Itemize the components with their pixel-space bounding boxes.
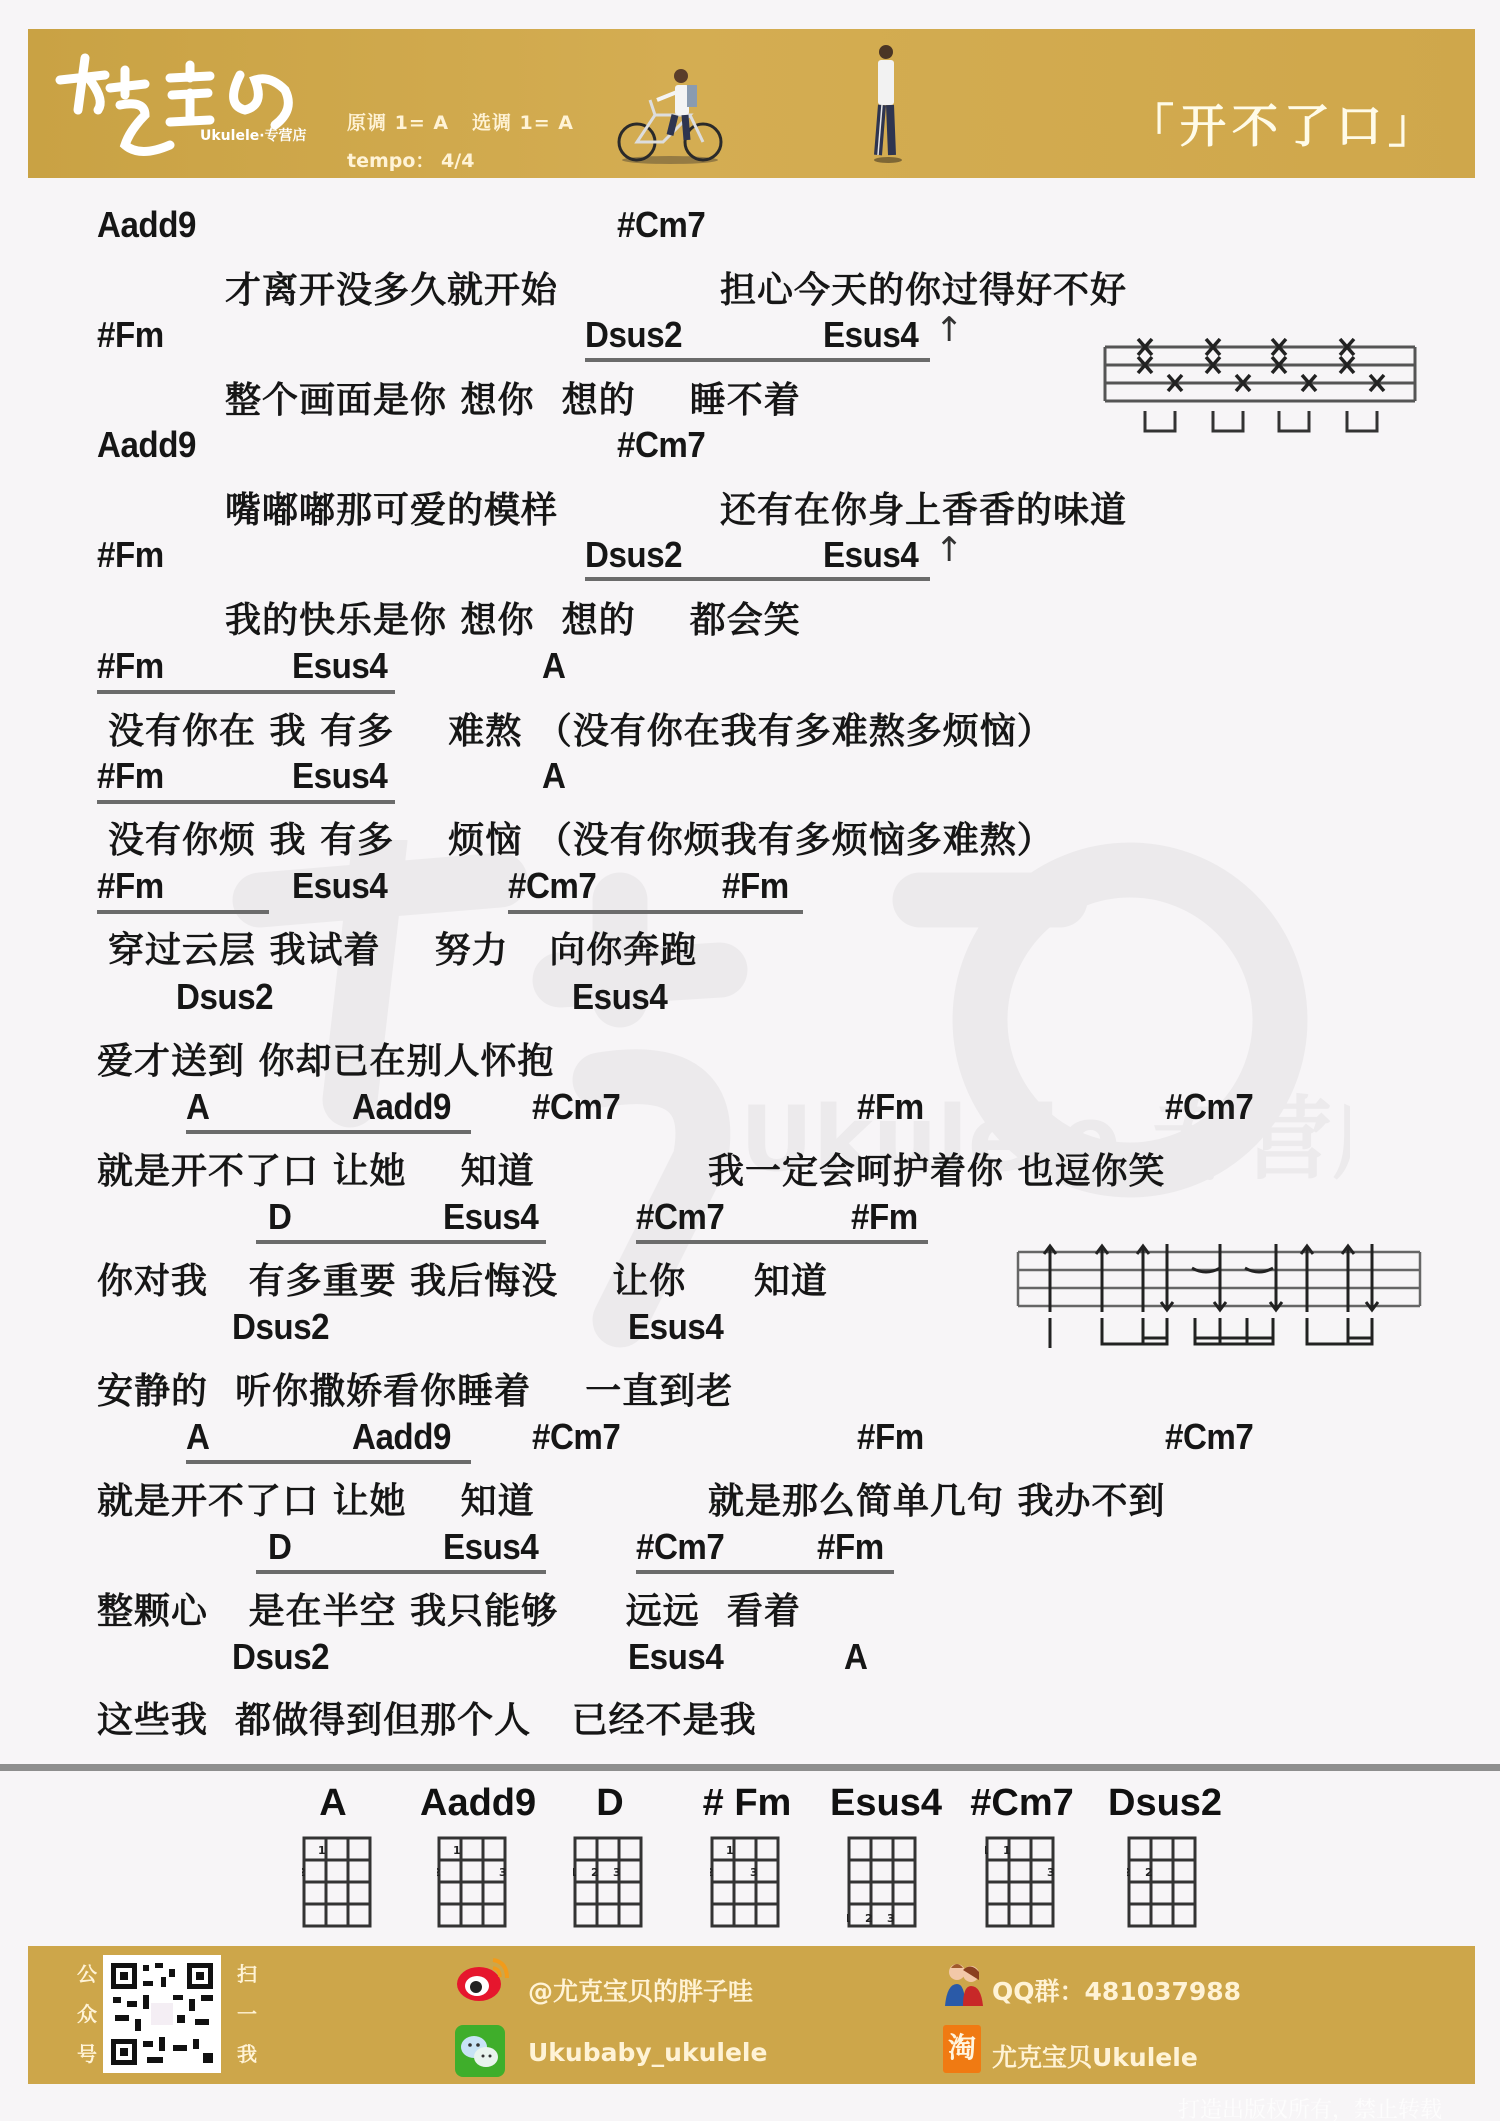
copyright-notice: 打造出版权所有，禁止转载: [1178, 2093, 1442, 2121]
walking-man-illustration-icon: [868, 40, 908, 165]
qr-label-char: 号: [77, 2038, 97, 2067]
strum-up-arrow-icon: ↑: [935, 530, 964, 570]
chord-diagram-Aadd9: 123: [437, 1836, 507, 1928]
svg-text:3: 3: [750, 1866, 758, 1879]
chord-label: #Cm7: [1165, 1416, 1253, 1458]
qr-code-icon[interactable]: [103, 1955, 221, 2073]
lyric-line: 穿过云层 我试着 努力 向你奔跑: [108, 922, 697, 973]
weibo-icon[interactable]: [455, 1952, 513, 2004]
chord-underline: [97, 800, 395, 804]
lyric-line: 才离开没多久就开始: [225, 262, 558, 313]
tempo-value: 4/4: [441, 150, 474, 172]
chord-label: #Cm7: [617, 204, 705, 246]
qr-label-char: 我: [237, 2038, 257, 2067]
chord-label: Esus4: [292, 865, 387, 907]
svg-text:2: 2: [591, 1866, 599, 1879]
svg-text:1: 1: [573, 1866, 577, 1879]
chord-underline: [508, 910, 803, 914]
chord-label: #Cm7: [1165, 1086, 1253, 1128]
chord-label: Aadd9: [352, 1086, 451, 1128]
chord-label: Esus4: [823, 314, 918, 356]
chord-label: Esus4: [292, 645, 387, 687]
svg-text:2: 2: [302, 1866, 306, 1879]
chord-label: #Fm: [857, 1086, 924, 1128]
chord-underline: [636, 1240, 928, 1244]
lyric-line: 我一定会呵护着你 也逗你笑: [708, 1143, 1166, 1194]
svg-text:1: 1: [453, 1844, 461, 1857]
chosen-key: 选调 1= A: [472, 112, 574, 134]
chord-label: Esus4: [628, 1636, 723, 1678]
svg-text:3: 3: [1047, 1866, 1055, 1879]
brand-logo: Ukulele·专营店: [50, 50, 330, 165]
chord-label: A: [186, 1086, 209, 1128]
chord-label: #Fm: [857, 1416, 924, 1458]
lyric-line: 我的快乐是你 想你 想的 都会笑: [225, 592, 801, 643]
chord-label: #Fm: [97, 534, 164, 576]
lyric-line: 安静的 听你撒娇看你睡着 一直到老: [97, 1363, 733, 1414]
svg-text:1: 1: [318, 1844, 326, 1857]
svg-text:Ukulele·专营店: Ukulele·专营店: [200, 127, 307, 144]
qr-label-char: 公: [77, 1958, 97, 1987]
chord-label: #Fm: [817, 1526, 884, 1568]
lyric-line: 没有你在 我 有多 难熬 （没有你在我有多难熬多烦恼）: [108, 703, 1054, 754]
chord-label: Dsus2: [232, 1306, 329, 1348]
chord-underline: [256, 1240, 546, 1244]
chord-underline: [585, 358, 930, 362]
chord-diagram-Dsus2: 22: [1127, 1836, 1197, 1928]
weibo-handle[interactable]: @尤克宝贝的胖子哇: [528, 1972, 753, 2008]
wechat-account[interactable]: Ukubaby_ukulele: [528, 2038, 767, 2067]
chord-label: A: [542, 755, 565, 797]
key-info: 原调 1= A 选调 1= A: [347, 108, 574, 135]
lyric-line: 嘴嘟嘟那可爱的模样: [225, 482, 558, 533]
chord-label: Aadd9: [352, 1416, 451, 1458]
chord-label: Dsus2: [176, 976, 273, 1018]
taobao-icon[interactable]: 淘: [943, 2025, 981, 2073]
chord-underline: [186, 1460, 471, 1464]
lyric-line: 整颗心 是在半空 我只能够 远远 看着: [97, 1583, 801, 1634]
chord-label: Aadd9: [97, 204, 196, 246]
chord-underline: [636, 1570, 894, 1574]
chord-chart-name: # Fm: [692, 1782, 802, 1825]
chord-label: D: [268, 1196, 291, 1238]
chord-underline: [97, 910, 269, 914]
svg-text:2: 2: [710, 1866, 714, 1879]
qq-group-number[interactable]: QQ群：481037988: [992, 1972, 1241, 2008]
chord-label: A: [542, 645, 565, 687]
chord-label: #Fm: [97, 865, 164, 907]
taobao-store[interactable]: 尤克宝贝Ukulele: [992, 2038, 1198, 2074]
chord-label: Aadd9: [97, 424, 196, 466]
chord-underline: [186, 1130, 471, 1134]
original-key: 原调 1= A: [347, 112, 449, 134]
chord-label: Dsus2: [232, 1636, 329, 1678]
svg-text:1: 1: [847, 1912, 851, 1925]
svg-text:1: 1: [1003, 1844, 1011, 1857]
chord-label: A: [844, 1636, 867, 1678]
chord-label: #Cm7: [532, 1416, 620, 1458]
svg-text:2: 2: [1127, 1866, 1131, 1879]
chord-label: #Cm7: [532, 1086, 620, 1128]
chord-chart-name: Esus4: [830, 1782, 940, 1825]
svg-text:2: 2: [437, 1866, 441, 1879]
chord-label: #Cm7: [508, 865, 596, 907]
lyric-line: 就是那么简单几句 我办不到: [708, 1473, 1166, 1524]
chord-label: Esus4: [823, 534, 918, 576]
chord-diagram-Fsharp-m: 123: [710, 1836, 780, 1928]
chord-label: #Fm: [97, 645, 164, 687]
chord-diagram-A: 12: [302, 1836, 372, 1928]
chord-diagram-Csharp-m7: 113: [985, 1836, 1055, 1928]
chord-diagram-Esus4: 123: [847, 1836, 917, 1928]
tempo-info: tempo： 4/4: [347, 146, 474, 173]
chord-chart-name: #Cm7: [967, 1782, 1077, 1825]
qq-group-icon[interactable]: [943, 1960, 985, 2008]
chord-label: #Fm: [851, 1196, 918, 1238]
chord-underline: [585, 577, 930, 581]
lyric-line: 还有在你身上香香的味道: [720, 482, 1127, 533]
chord-label: #Fm: [722, 865, 789, 907]
chord-label: Esus4: [572, 976, 667, 1018]
chord-label: A: [186, 1416, 209, 1458]
lyric-line: 整个画面是你 想你 想的 睡不着: [225, 372, 801, 423]
chord-chart-name: D: [555, 1782, 665, 1825]
svg-text:3: 3: [613, 1866, 621, 1879]
wechat-icon[interactable]: [455, 2025, 505, 2077]
chord-label: #Cm7: [617, 424, 705, 466]
chord-label: Esus4: [443, 1526, 538, 1568]
strum-up-arrow-icon: ↑: [935, 310, 964, 350]
svg-text:1: 1: [726, 1844, 734, 1857]
svg-text:3: 3: [887, 1912, 895, 1925]
section-divider: [0, 1764, 1500, 1771]
qr-label-char: 一: [237, 1998, 257, 2027]
chord-label: #Cm7: [636, 1196, 724, 1238]
lyric-line: 就是开不了口 让她 知道: [97, 1143, 535, 1194]
chord-chart-name: A: [278, 1782, 388, 1825]
tempo-label: tempo：: [347, 150, 434, 172]
lyric-line: 担心今天的你过得好不好: [720, 262, 1127, 313]
lyric-line: 就是开不了口 让她 知道: [97, 1473, 535, 1524]
svg-text:3: 3: [499, 1866, 507, 1879]
chord-label: Esus4: [292, 755, 387, 797]
chord-label: #Cm7: [636, 1526, 724, 1568]
svg-text:2: 2: [865, 1912, 873, 1925]
svg-text:1: 1: [985, 1844, 989, 1857]
chord-chart-name: Aadd9: [420, 1782, 530, 1825]
song-title: 「开不了口」: [1128, 90, 1440, 156]
rhythm-pattern-1: [1100, 325, 1420, 435]
lyric-line: 爱才送到 你却已在别人怀抱: [97, 1033, 555, 1084]
qr-label-char: 众: [77, 1998, 97, 2027]
chord-label: Dsus2: [585, 534, 682, 576]
chord-underline: [97, 690, 395, 694]
chord-label: D: [268, 1526, 291, 1568]
rhythm-pattern-2: [1010, 1240, 1430, 1350]
lyric-line: 这些我 都做得到但那个人 已经不是我: [97, 1692, 757, 1743]
lyric-line: 没有你烦 我 有多 烦恼 （没有你烦我有多烦恼多难熬）: [108, 812, 1054, 863]
cyclist-illustration-icon: [615, 60, 725, 168]
qr-label-char: 扫: [237, 1958, 257, 1987]
chord-label: Esus4: [628, 1306, 723, 1348]
chord-label: #Fm: [97, 755, 164, 797]
chord-label: #Fm: [97, 314, 164, 356]
lyric-line: 你对我 有多重要 我后悔没 让你 知道: [97, 1253, 828, 1304]
chord-chart-name: Dsus2: [1108, 1782, 1218, 1825]
chord-diagram-D: 123: [573, 1836, 643, 1928]
svg-text:2: 2: [1145, 1866, 1153, 1879]
chord-underline: [256, 1570, 546, 1574]
chord-label: Esus4: [443, 1196, 538, 1238]
chord-label: Dsus2: [585, 314, 682, 356]
